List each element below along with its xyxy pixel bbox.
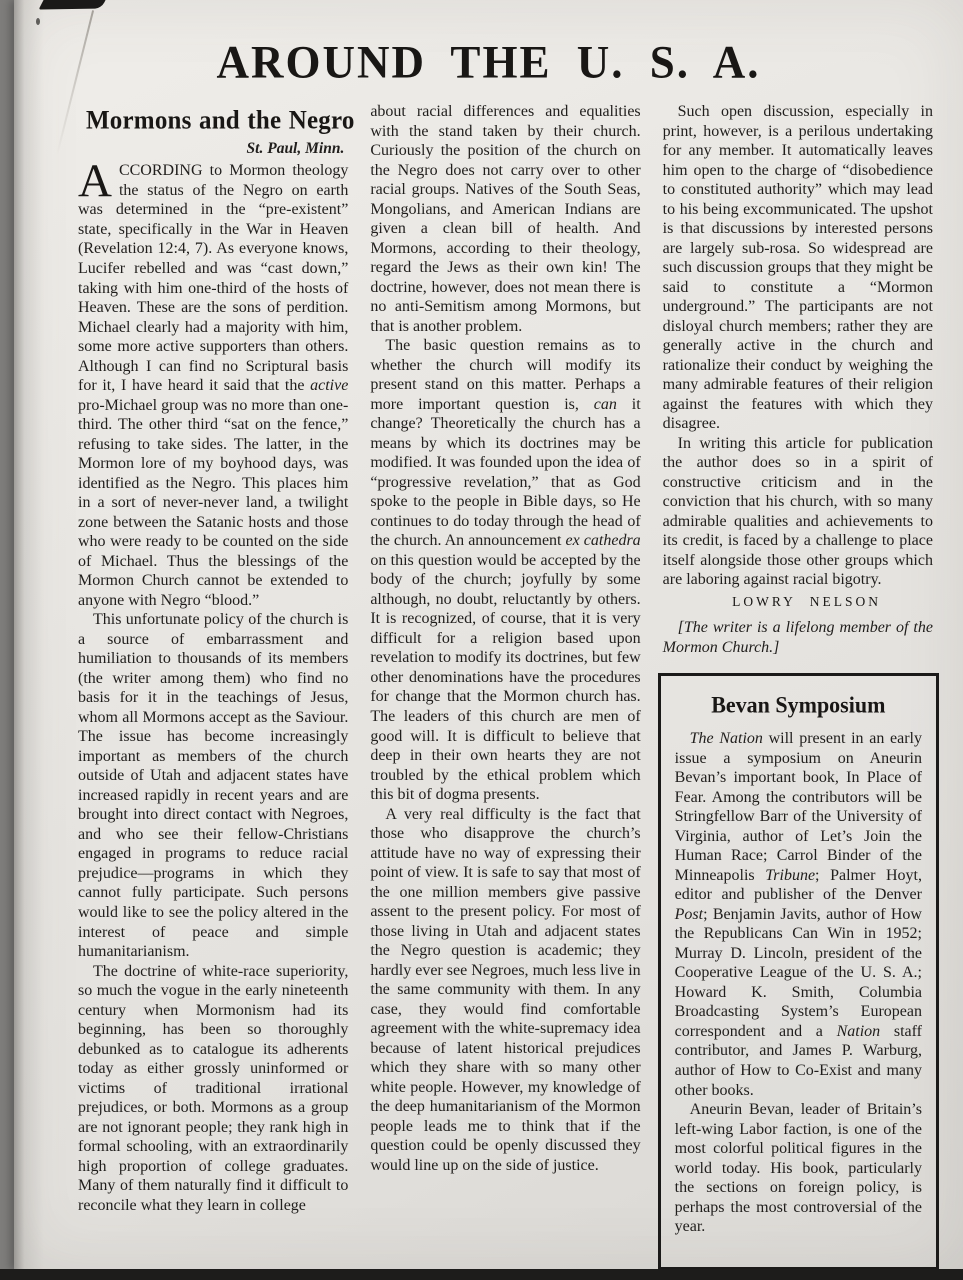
paragraph-text: CCORDING to Mormon theology the status o… <box>78 162 348 608</box>
body-paragraph: about racial differences and equalities … <box>370 102 640 336</box>
body-paragraph: The doctrine of white-race superiority, … <box>78 962 348 1216</box>
drop-cap: A <box>78 161 119 200</box>
editor-footnote: [The writer is a lifelong member of the … <box>663 618 933 657</box>
bevan-symposium-box: Bevan Symposium The Nation will present … <box>658 673 939 1269</box>
body-paragraph: A very real difficulty is the fact that … <box>370 805 640 1176</box>
body-paragraph: Such open discussion, especially in prin… <box>663 102 933 434</box>
magazine-page-scan: AROUND THE U. S. A. Mormons and the Negr… <box>0 0 963 1280</box>
article-heading: Mormons and the Negro <box>86 105 348 137</box>
column-2: about racial differences and equalities … <box>370 102 640 1270</box>
box-paragraph: Aneurin Bevan, leader of Britain’s left-… <box>675 1100 922 1237</box>
page-title: AROUND THE U. S. A. <box>54 35 923 89</box>
scan-bottom-edge <box>0 1269 963 1280</box>
paper-sheet: AROUND THE U. S. A. Mormons and the Negr… <box>14 0 963 1270</box>
scan-artifact-speck <box>36 18 40 25</box>
article-columns: Mormons and the Negro St. Paul, Minn. AC… <box>78 102 933 1270</box>
body-paragraph: ACCORDING to Mormon theology the status … <box>78 161 348 610</box>
box-paragraph: The Nation will present in an early issu… <box>675 729 922 1100</box>
column-3: Such open discussion, especially in prin… <box>663 102 933 1270</box>
body-paragraph: The basic question remains as to whether… <box>370 336 640 804</box>
body-paragraph: In writing this article for publication … <box>663 434 933 590</box>
body-paragraph: This unfortunate policy of the church is… <box>78 610 348 961</box>
page-edge-shadow <box>14 0 44 1270</box>
scan-artifact-tear <box>39 0 108 10</box>
byline: LOWRY NELSON <box>663 594 881 610</box>
dateline: St. Paul, Minn. <box>78 140 344 159</box>
box-title: Bevan Symposium <box>675 692 922 720</box>
column-1: Mormons and the Negro St. Paul, Minn. AC… <box>78 102 348 1270</box>
